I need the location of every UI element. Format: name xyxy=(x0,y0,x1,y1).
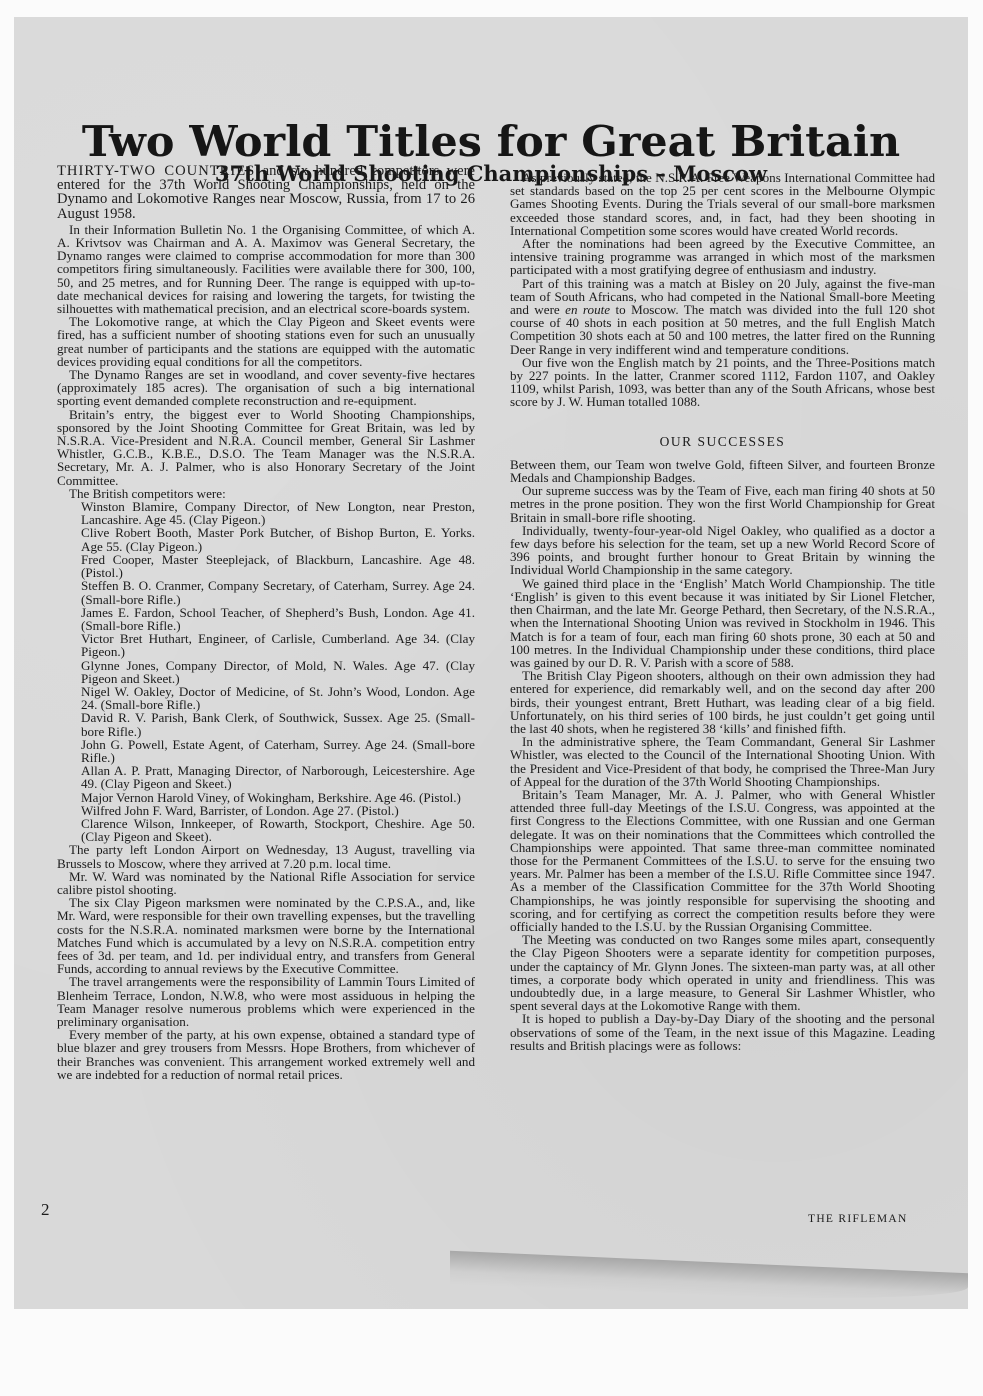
paragraph: Mr. W. Ward was nominated by the Nationa… xyxy=(57,870,475,896)
competitor-entry: Wilfred John F. Ward, Barrister, of Lond… xyxy=(81,804,475,817)
competitor-entry: David R. V. Parish, Bank Clerk, of South… xyxy=(81,711,475,737)
scanned-page: Two World Titles for Great Britain 37th … xyxy=(14,17,968,1309)
competitor-entry: Fred Cooper, Master Steeplejack, of Blac… xyxy=(81,553,475,579)
paragraph: The Dynamo Ranges are set in woodland, a… xyxy=(57,368,475,408)
paragraph: Britain’s Team Manager, Mr. A. J. Palmer… xyxy=(510,788,935,933)
paragraph: The Lokomotive range, at which the Clay … xyxy=(57,315,475,368)
lead-paragraph: THIRTY-TWO COUNTRIES and six hundred com… xyxy=(57,164,475,221)
right-column: As previously stated, the N.S.R.A. Free … xyxy=(510,171,935,1052)
competitor-list: Winston Blamire, Company Director, of Ne… xyxy=(81,500,475,843)
competitor-entry: Glynne Jones, Company Director, of Mold,… xyxy=(81,659,475,685)
competitor-entry: John G. Powell, Estate Agent, of Caterha… xyxy=(81,738,475,764)
competitor-entry: Clive Robert Booth, Master Pork Butcher,… xyxy=(81,526,475,552)
paragraph: The Meeting was conducted on two Ranges … xyxy=(510,933,935,1012)
competitor-entry: Victor Bret Huthart, Engineer, of Carlis… xyxy=(81,632,475,658)
page-number: 2 xyxy=(41,1200,50,1220)
bisley-paragraph: Part of this training was a match at Bis… xyxy=(510,277,935,356)
paragraph: The travel arrangements were the respons… xyxy=(57,975,475,1028)
paragraph: Our supreme success was by the Team of F… xyxy=(510,484,935,524)
paragraph: Every member of the party, at his own ex… xyxy=(57,1028,475,1081)
paragraph: The six Clay Pigeon marksmen were nomina… xyxy=(57,896,475,975)
paragraph: In their Information Bulletin No. 1 the … xyxy=(57,223,475,315)
paragraph: The party left London Airport on Wednesd… xyxy=(57,843,475,869)
competitor-entry: Nigel W. Oakley, Doctor of Medicine, of … xyxy=(81,685,475,711)
paragraph: It is hoped to publish a Day-by-Day Diar… xyxy=(510,1012,935,1052)
paragraph: Individually, twenty-four-year-old Nigel… xyxy=(510,524,935,577)
competitor-entry: Winston Blamire, Company Director, of Ne… xyxy=(81,500,475,526)
medals-paragraph: Between them, our Team won twelve Gold, … xyxy=(510,458,935,484)
paragraph: As previously stated, the N.S.R.A. Free … xyxy=(510,171,935,237)
paragraph: We gained third place in the ‘English’ M… xyxy=(510,577,935,669)
paragraph: After the nominations had been agreed by… xyxy=(510,237,935,277)
competitor-entry: Steffen B. O. Cranmer, Company Secretary… xyxy=(81,579,475,605)
competitor-entry: James E. Fardon, School Teacher, of Shep… xyxy=(81,606,475,632)
paragraph: The British Clay Pigeon shooters, althou… xyxy=(510,669,935,735)
paragraph: Britain’s entry, the biggest ever to Wor… xyxy=(57,408,475,487)
article-title: Two World Titles for Great Britain xyxy=(4,117,977,166)
scores-paragraph: Our five won the English match by 21 poi… xyxy=(510,356,935,409)
publication-name: THE RIFLEMAN xyxy=(808,1213,908,1225)
paragraph: In the administrative sphere, the Team C… xyxy=(510,735,935,788)
competitor-entry: Allan A. P. Pratt, Managing Director, of… xyxy=(81,764,475,790)
section-heading-our-successes: OUR SUCCESSES xyxy=(510,435,935,448)
competitor-entry: Major Vernon Harold Viney, of Wokingham,… xyxy=(81,791,475,804)
left-column: THIRTY-TWO COUNTRIES and six hundred com… xyxy=(57,164,475,1081)
competitor-entry: Clarence Wilson, Innkeeper, of Rowarth, … xyxy=(81,817,475,843)
